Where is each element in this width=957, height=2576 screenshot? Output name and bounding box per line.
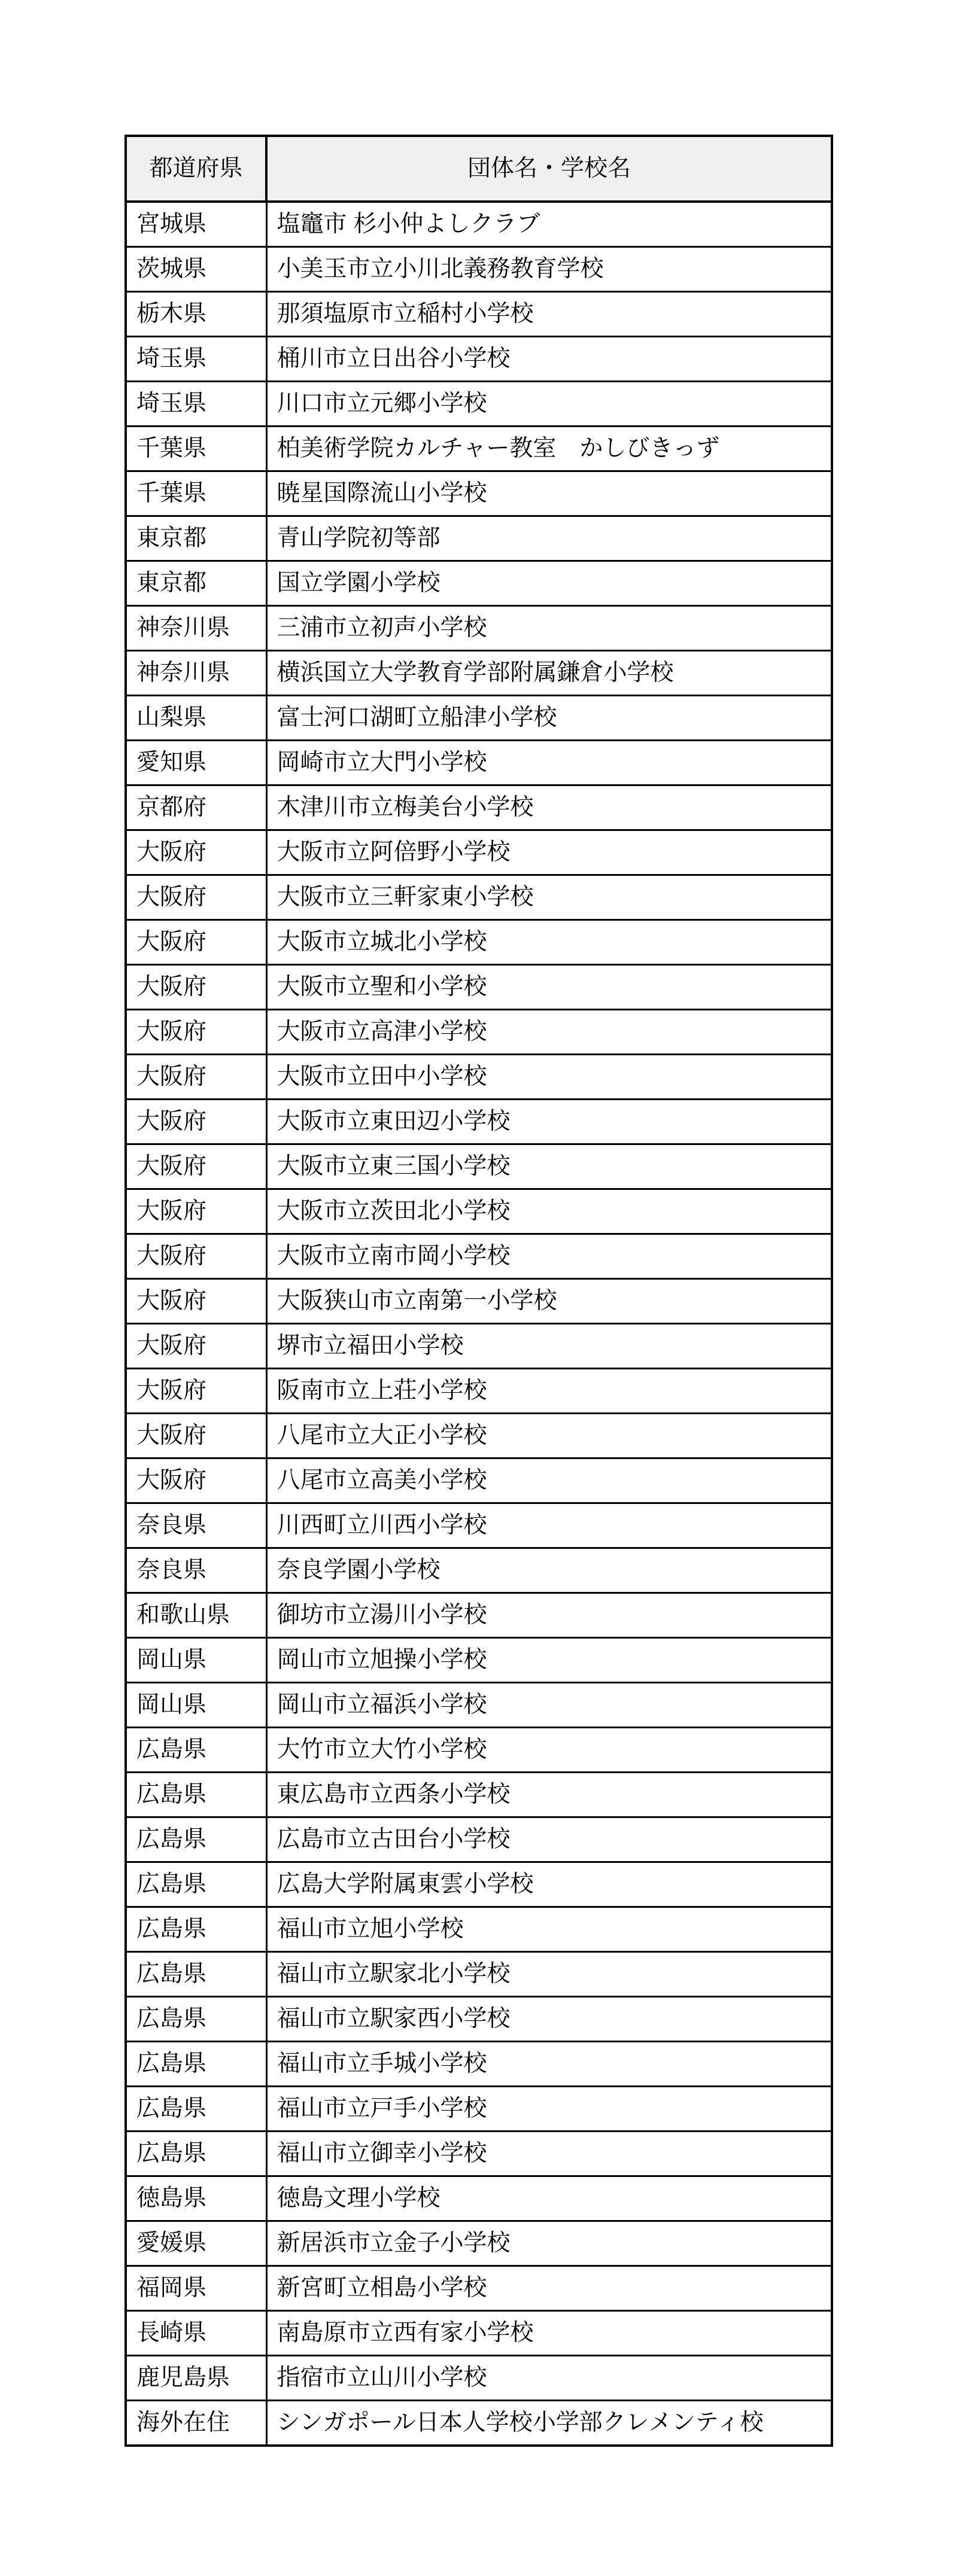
school-name-cell: 福山市立御幸小学校	[266, 2132, 832, 2176]
prefecture-cell: 徳島県	[126, 2176, 266, 2221]
school-name-cell: 小美玉市立小川北義務教育学校	[266, 247, 832, 292]
table-row: 愛知県 岡崎市立大門小学校	[126, 741, 832, 785]
table-row: 大阪府 大阪市立東田辺小学校	[126, 1100, 832, 1144]
prefecture-cell: 広島県	[126, 2132, 266, 2176]
school-name-cell: 大阪市立聖和小学校	[266, 965, 832, 1010]
school-name-cell: 福山市立戸手小学校	[266, 2087, 832, 2132]
table-row: 大阪府 八尾市立高美小学校	[126, 1458, 832, 1503]
school-name-cell: 大阪市立茨田北小学校	[266, 1189, 832, 1234]
prefecture-cell: 東京都	[126, 516, 266, 561]
prefecture-cell: 愛知県	[126, 741, 266, 785]
school-name-cell: 塩竈市 杉小仲よしクラブ	[266, 202, 832, 247]
school-name-cell: 福山市立旭小学校	[266, 1907, 832, 1952]
table-row: 愛媛県 新居浜市立金子小学校	[126, 2221, 832, 2266]
prefecture-cell: 奈良県	[126, 1548, 266, 1593]
prefecture-cell: 大阪府	[126, 875, 266, 920]
school-name-cell: 富士河口湖町立船津小学校	[266, 696, 832, 741]
table-row: 広島県 福山市立手城小学校	[126, 2042, 832, 2087]
prefecture-cell: 神奈川県	[126, 651, 266, 696]
table-row: 広島県 東広島市立西条小学校	[126, 1773, 832, 1817]
school-name-cell: 大阪市立阿倍野小学校	[266, 830, 832, 875]
table-row: 大阪府 大阪市立田中小学校	[126, 1055, 832, 1100]
table-row: 広島県 大竹市立大竹小学校	[126, 1728, 832, 1773]
prefecture-cell: 大阪府	[126, 1414, 266, 1458]
table-row: 山梨県 富士河口湖町立船津小学校	[126, 696, 832, 741]
table-row: 大阪府 阪南市立上荘小学校	[126, 1369, 832, 1414]
prefecture-cell: 大阪府	[126, 1234, 266, 1279]
table-row: 岡山県 岡山市立福浜小学校	[126, 1683, 832, 1728]
table-row: 海外在住 シンガポール日本人学校小学部クレメンティ校	[126, 2401, 832, 2446]
table-row: 東京都 国立学園小学校	[126, 561, 832, 606]
table-row: 大阪府 大阪市立南市岡小学校	[126, 1234, 832, 1279]
school-name-cell: 国立学園小学校	[266, 561, 832, 606]
school-name-cell: 大阪市立田中小学校	[266, 1055, 832, 1100]
school-name-cell: シンガポール日本人学校小学部クレメンティ校	[266, 2401, 832, 2446]
table-row: 広島県 福山市立駅家北小学校	[126, 1952, 832, 1997]
school-name-cell: 横浜国立大学教育学部附属鎌倉小学校	[266, 651, 832, 696]
table-row: 神奈川県 三浦市立初声小学校	[126, 606, 832, 651]
school-name-cell: 広島大学附属東雲小学校	[266, 1862, 832, 1907]
school-name-cell: 福山市立駅家北小学校	[266, 1952, 832, 1997]
table-row: 千葉県 暁星国際流山小学校	[126, 471, 832, 516]
table-row: 大阪府 大阪市立阿倍野小学校	[126, 830, 832, 875]
prefecture-cell: 大阪府	[126, 1055, 266, 1100]
school-name-cell: 堺市立福田小学校	[266, 1324, 832, 1369]
school-roster-table: 都道府県 団体名・学校名 宮城県 塩竈市 杉小仲よしクラブ 茨城県 小美玉市立小…	[124, 135, 833, 2447]
table-row: 大阪府 大阪市立茨田北小学校	[126, 1189, 832, 1234]
school-name-cell: 阪南市立上荘小学校	[266, 1369, 832, 1414]
table-row: 栃木県 那須塩原市立稲村小学校	[126, 292, 832, 337]
table-row: 埼玉県 桶川市立日出谷小学校	[126, 337, 832, 382]
prefecture-cell: 茨城県	[126, 247, 266, 292]
prefecture-cell: 千葉県	[126, 427, 266, 471]
prefecture-header-cell: 都道府県	[126, 136, 266, 202]
table-row: 広島県 広島市立古田台小学校	[126, 1817, 832, 1862]
prefecture-cell: 埼玉県	[126, 337, 266, 382]
table-row: 大阪府 大阪市立聖和小学校	[126, 965, 832, 1010]
prefecture-cell: 埼玉県	[126, 382, 266, 427]
prefecture-cell: 大阪府	[126, 1369, 266, 1414]
table-row: 大阪府 大阪市立三軒家東小学校	[126, 875, 832, 920]
school-name-cell: 奈良学園小学校	[266, 1548, 832, 1593]
table-row: 神奈川県 横浜国立大学教育学部附属鎌倉小学校	[126, 651, 832, 696]
prefecture-cell: 宮城県	[126, 202, 266, 247]
school-name-cell: 川西町立川西小学校	[266, 1503, 832, 1548]
table-row: 大阪府 大阪市立東三国小学校	[126, 1144, 832, 1189]
prefecture-cell: 広島県	[126, 2087, 266, 2132]
school-name-cell: 大阪市立城北小学校	[266, 920, 832, 965]
table-row: 大阪府 大阪狭山市立南第一小学校	[126, 1279, 832, 1324]
table-row: 広島県 福山市立旭小学校	[126, 1907, 832, 1952]
school-name-cell: 木津川市立梅美台小学校	[266, 785, 832, 830]
prefecture-cell: 大阪府	[126, 1100, 266, 1144]
school-name-cell: 大阪市立南市岡小学校	[266, 1234, 832, 1279]
prefecture-cell: 神奈川県	[126, 606, 266, 651]
prefecture-cell: 和歌山県	[126, 1593, 266, 1638]
table-row: 茨城県 小美玉市立小川北義務教育学校	[126, 247, 832, 292]
prefecture-cell: 広島県	[126, 1907, 266, 1952]
school-name-cell: 大阪市立東三国小学校	[266, 1144, 832, 1189]
prefecture-cell: 広島県	[126, 1952, 266, 1997]
school-name-cell: 大阪市立東田辺小学校	[266, 1100, 832, 1144]
table-row: 和歌山県 御坊市立湯川小学校	[126, 1593, 832, 1638]
prefecture-cell: 大阪府	[126, 1279, 266, 1324]
table-row: 埼玉県 川口市立元郷小学校	[126, 382, 832, 427]
prefecture-cell: 大阪府	[126, 1458, 266, 1503]
table-row: 広島県 福山市立駅家西小学校	[126, 1997, 832, 2042]
school-name-cell: 暁星国際流山小学校	[266, 471, 832, 516]
table-row: 広島県 福山市立御幸小学校	[126, 2132, 832, 2176]
prefecture-cell: 東京都	[126, 561, 266, 606]
table-row: 広島県 広島大学附属東雲小学校	[126, 1862, 832, 1907]
school-name-cell: 川口市立元郷小学校	[266, 382, 832, 427]
table-row: 千葉県 柏美術学院カルチャー教室 かしびきっず	[126, 427, 832, 471]
school-name-cell: 徳島文理小学校	[266, 2176, 832, 2221]
organization-header-cell: 団体名・学校名	[266, 136, 832, 202]
school-name-cell: 青山学院初等部	[266, 516, 832, 561]
school-name-cell: 東広島市立西条小学校	[266, 1773, 832, 1817]
prefecture-cell: 大阪府	[126, 1324, 266, 1369]
table-row: 広島県 福山市立戸手小学校	[126, 2087, 832, 2132]
table-row: 徳島県 徳島文理小学校	[126, 2176, 832, 2221]
prefecture-cell: 大阪府	[126, 830, 266, 875]
school-name-cell: 福山市立駅家西小学校	[266, 1997, 832, 2042]
prefecture-cell: 岡山県	[126, 1638, 266, 1683]
school-name-cell: 八尾市立大正小学校	[266, 1414, 832, 1458]
prefecture-cell: 大阪府	[126, 1189, 266, 1234]
school-name-cell: 那須塩原市立稲村小学校	[266, 292, 832, 337]
prefecture-cell: 鹿児島県	[126, 2356, 266, 2401]
prefecture-cell: 広島県	[126, 1728, 266, 1773]
school-name-cell: 柏美術学院カルチャー教室 かしびきっず	[266, 427, 832, 471]
school-name-cell: 大竹市立大竹小学校	[266, 1728, 832, 1773]
prefecture-cell: 広島県	[126, 2042, 266, 2087]
prefecture-cell: 奈良県	[126, 1503, 266, 1548]
prefecture-cell: 山梨県	[126, 696, 266, 741]
table-row: 岡山県 岡山市立旭操小学校	[126, 1638, 832, 1683]
school-name-cell: 八尾市立高美小学校	[266, 1458, 832, 1503]
school-name-cell: 御坊市立湯川小学校	[266, 1593, 832, 1638]
school-name-cell: 大阪狭山市立南第一小学校	[266, 1279, 832, 1324]
prefecture-cell: 広島県	[126, 1773, 266, 1817]
roster-table-body: 宮城県 塩竈市 杉小仲よしクラブ 茨城県 小美玉市立小川北義務教育学校 栃木県 …	[126, 202, 832, 2446]
table-row: 大阪府 八尾市立大正小学校	[126, 1414, 832, 1458]
school-name-cell: 南島原市立西有家小学校	[266, 2311, 832, 2356]
prefecture-cell: 千葉県	[126, 471, 266, 516]
table-row: 大阪府 大阪市立高津小学校	[126, 1010, 832, 1055]
prefecture-cell: 大阪府	[126, 920, 266, 965]
school-name-cell: 広島市立古田台小学校	[266, 1817, 832, 1862]
prefecture-cell: 大阪府	[126, 1144, 266, 1189]
prefecture-cell: 大阪府	[126, 1010, 266, 1055]
school-name-cell: 新宮町立相島小学校	[266, 2266, 832, 2311]
table-row: 東京都 青山学院初等部	[126, 516, 832, 561]
school-name-cell: 福山市立手城小学校	[266, 2042, 832, 2087]
prefecture-cell: 広島県	[126, 1997, 266, 2042]
header-row: 都道府県 団体名・学校名	[126, 136, 832, 202]
prefecture-cell: 海外在住	[126, 2401, 266, 2446]
prefecture-cell: 栃木県	[126, 292, 266, 337]
school-name-cell: 岡崎市立大門小学校	[266, 741, 832, 785]
school-name-cell: 大阪市立高津小学校	[266, 1010, 832, 1055]
prefecture-cell: 福岡県	[126, 2266, 266, 2311]
table-row: 奈良県 奈良学園小学校	[126, 1548, 832, 1593]
table-row: 宮城県 塩竈市 杉小仲よしクラブ	[126, 202, 832, 247]
school-name-cell: 桶川市立日出谷小学校	[266, 337, 832, 382]
prefecture-cell: 広島県	[126, 1862, 266, 1907]
school-name-cell: 新居浜市立金子小学校	[266, 2221, 832, 2266]
school-name-cell: 指宿市立山川小学校	[266, 2356, 832, 2401]
table-row: 長崎県 南島原市立西有家小学校	[126, 2311, 832, 2356]
table-row: 大阪府 大阪市立城北小学校	[126, 920, 832, 965]
prefecture-cell: 京都府	[126, 785, 266, 830]
prefecture-cell: 愛媛県	[126, 2221, 266, 2266]
school-name-cell: 大阪市立三軒家東小学校	[266, 875, 832, 920]
school-name-cell: 三浦市立初声小学校	[266, 606, 832, 651]
table-row: 奈良県 川西町立川西小学校	[126, 1503, 832, 1548]
prefecture-cell: 大阪府	[126, 965, 266, 1010]
school-name-cell: 岡山市立旭操小学校	[266, 1638, 832, 1683]
table-row: 大阪府 堺市立福田小学校	[126, 1324, 832, 1369]
table-row: 福岡県 新宮町立相島小学校	[126, 2266, 832, 2311]
prefecture-cell: 広島県	[126, 1817, 266, 1862]
table-row: 鹿児島県 指宿市立山川小学校	[126, 2356, 832, 2401]
school-name-cell: 岡山市立福浜小学校	[266, 1683, 832, 1728]
prefecture-cell: 岡山県	[126, 1683, 266, 1728]
prefecture-cell: 長崎県	[126, 2311, 266, 2356]
table-row: 京都府 木津川市立梅美台小学校	[126, 785, 832, 830]
